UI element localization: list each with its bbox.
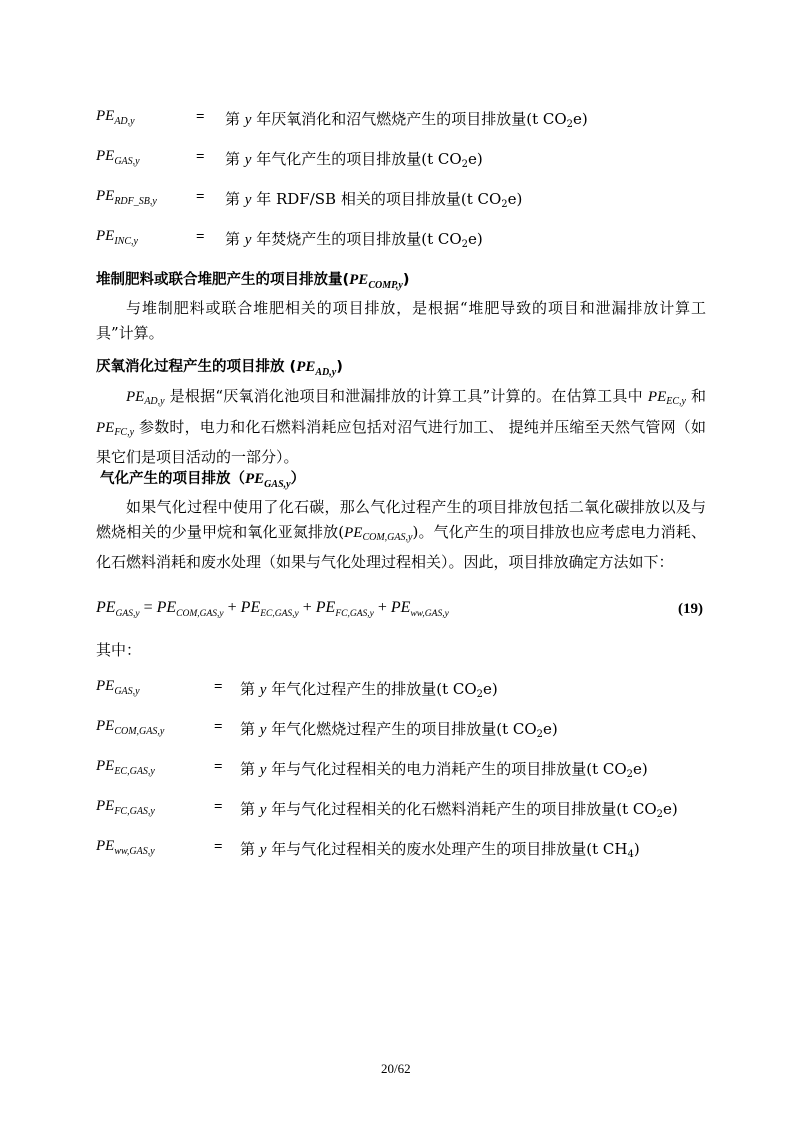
def-top-equals-3: = [196,229,205,246]
def-top-symbol-1: PEGAS,y [96,148,140,167]
section-heading-composting: 堆制肥料或联合堆肥产生的项目排放量(PECOMP,y) [96,268,410,291]
def-bottom-symbol-4: PEww,GAS,y [96,838,155,857]
def-top-text-1: 第 y 年气化产生的项目排放量(t CO2e) [225,148,483,170]
def-top-equals-2: = [196,189,205,206]
def-bottom-equals-2: = [214,759,223,776]
def-top-symbol-3: PEINC,y [96,228,138,247]
def-top-text-0: 第 y 年厌氧消化和沼气燃烧产生的项目排放量(t CO2e) [225,108,588,130]
def-bottom-symbol-0: PEGAS,y [96,678,140,697]
page-number: 20/62 [381,1061,411,1077]
def-bottom-symbol-2: PEEC,GAS,y [96,758,155,777]
equation-number: (19) [678,601,703,618]
section-heading-gasification: 气化产生的项目排放（PEGAS,y） [100,467,305,490]
equation-19: PEGAS,y = PECOM,GAS,y + PEEC,GAS,y + PEF… [96,599,449,619]
def-bottom-equals-0: = [214,679,223,696]
where-label: 其中： [96,639,141,660]
def-top-equals-1: = [196,149,205,166]
section-heading-anaerobic-digestion: 厌氧消化过程产生的项目排放 (PEAD,y) [96,355,343,378]
def-bottom-equals-1: = [214,719,223,736]
def-top-text-3: 第 y 年焚烧产生的项目排放量(t CO2e) [225,228,483,250]
def-bottom-text-4: 第 y 年与气化过程相关的废水处理产生的项目排放量(t CH4) [240,838,640,860]
def-bottom-equals-4: = [214,839,223,856]
def-bottom-text-3: 第 y 年与气化过程相关的化石燃料消耗产生的项目排放量(t CO2e) [240,798,678,820]
def-bottom-text-1: 第 y 年气化燃烧过程产生的项目排放量(t CO2e) [240,718,558,740]
def-top-text-2: 第 y 年 RDF/SB 相关的项目排放量(t CO2e) [225,188,522,210]
paragraph-composting: 与堆制肥料或联合堆肥相关的项目排放，是根据“堆肥导致的项目和泄漏排放计算工具”计… [96,296,706,345]
def-bottom-equals-3: = [214,799,223,816]
def-top-symbol-2: PERDF_SB,y [96,188,157,207]
def-bottom-symbol-1: PECOM,GAS,y [96,718,164,737]
paragraph-anaerobic-digestion: PEAD,y 是根据“厌氧消化池项目和泄漏排放的计算工具”计算的。在估算工具中 … [96,384,706,470]
def-bottom-symbol-3: PEFC,GAS,y [96,798,155,817]
def-top-symbol-0: PEAD,y [96,108,135,127]
def-bottom-text-2: 第 y 年与气化过程相关的电力消耗产生的项目排放量(t CO2e) [240,758,648,780]
def-bottom-text-0: 第 y 年气化过程产生的排放量(t CO2e) [240,678,498,700]
def-top-equals-0: = [196,109,205,126]
paragraph-gasification: 如果气化过程中使用了化石碳，那么气化过程产生的项目排放包括二氧化碳排放以及与燃烧… [96,495,706,575]
